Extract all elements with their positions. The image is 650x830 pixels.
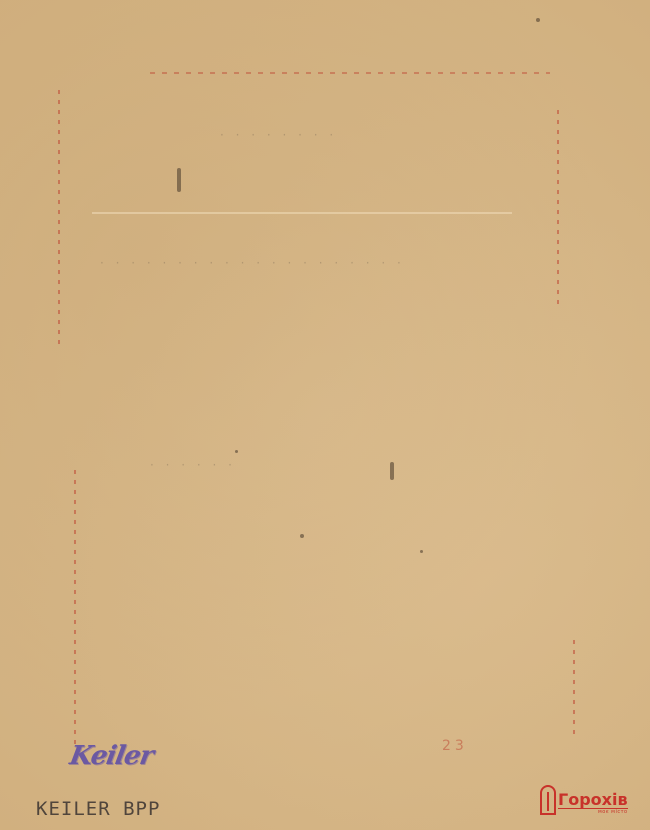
red-number-mark: 23 xyxy=(442,738,468,754)
paper-background xyxy=(0,0,650,830)
speck xyxy=(536,18,540,22)
left-border-marks-bottom xyxy=(74,470,76,750)
left-border-marks-top xyxy=(58,90,60,350)
expertizer-stamp: KEILER BPP xyxy=(36,798,160,820)
right-border-marks-top xyxy=(557,110,559,310)
gorokhiv-logo: Горохів моє місто xyxy=(540,785,628,815)
speck xyxy=(235,450,238,453)
show-through-mid: · · · · · · xyxy=(150,458,236,472)
logo-tagline: моє місто xyxy=(558,808,628,815)
show-through-line: · · · · · · · · · · · · · · · · · · · · xyxy=(100,256,405,270)
right-border-marks-bottom xyxy=(573,640,575,740)
paper-fold-line xyxy=(92,212,512,214)
speck xyxy=(177,168,181,192)
speck xyxy=(390,462,394,480)
speck xyxy=(420,550,423,553)
tower-icon xyxy=(540,785,556,815)
top-border-marks xyxy=(150,72,550,74)
speck xyxy=(300,534,304,538)
logo-name: Горохів xyxy=(558,792,628,808)
handwritten-signature: Keiler xyxy=(67,741,155,771)
show-through-heading: · · · · · · · · xyxy=(220,128,337,142)
